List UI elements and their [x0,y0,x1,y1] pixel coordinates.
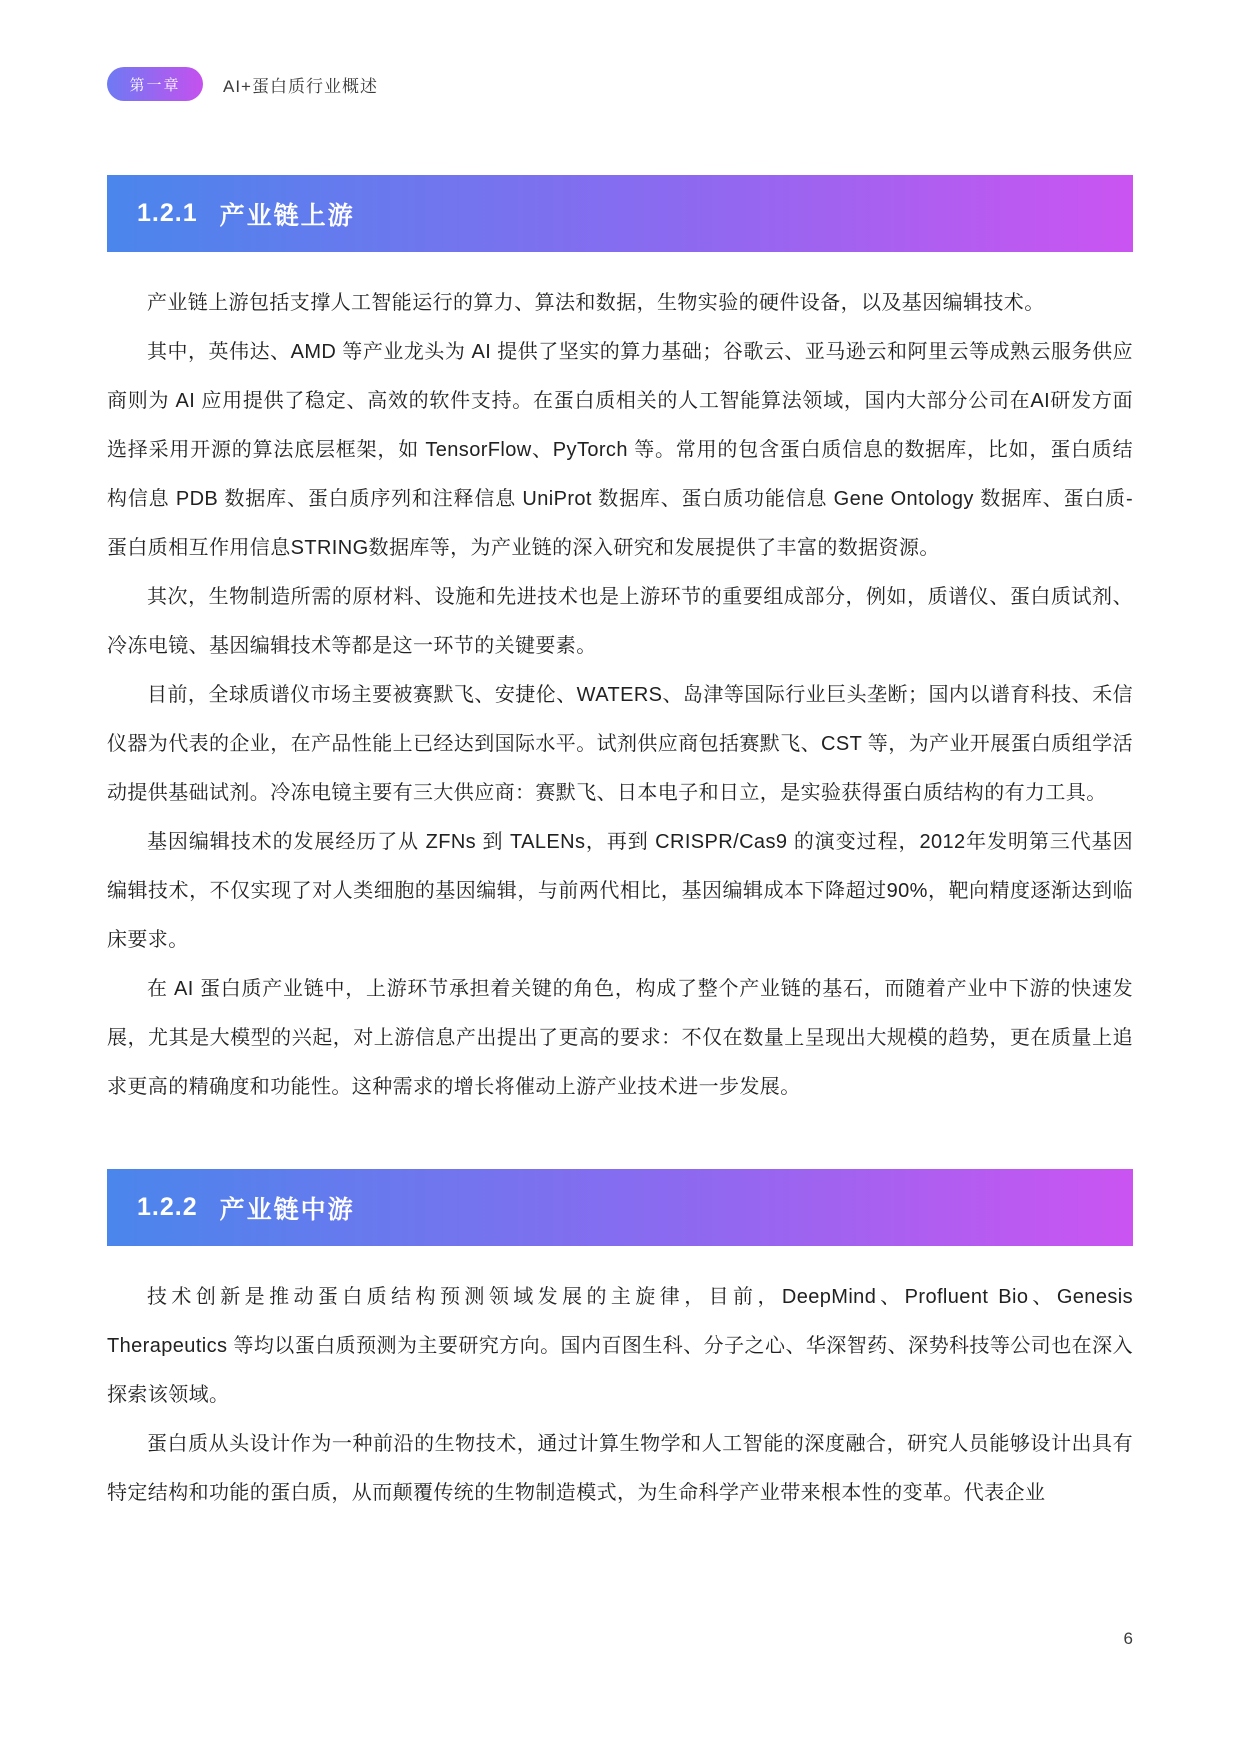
section-title: 产业链中游 [220,1190,355,1226]
paragraph: 在 AI 蛋白质产业链中，上游环节承担着关键的角色，构成了整个产业链的基石，而随… [107,965,1133,1112]
chapter-header: 第一章 AI+蛋白质行业概述 [107,67,1133,101]
chapter-title: AI+蛋白质行业概述 [223,72,378,97]
document-page: 第一章 AI+蛋白质行业概述 1.2.1 产业链上游 产业链上游包括支撑人工智能… [0,0,1240,1754]
page-number: 6 [1124,1629,1133,1649]
section-title: 产业链上游 [220,196,355,232]
paragraph: 蛋白质从头设计作为一种前沿的生物技术，通过计算生物学和人工智能的深度融合，研究人… [107,1420,1133,1518]
section-number: 1.2.1 [137,199,198,228]
page-content: 第一章 AI+蛋白质行业概述 1.2.1 产业链上游 产业链上游包括支撑人工智能… [107,0,1133,1518]
section-body-1-2-1: 产业链上游包括支撑人工智能运行的算力、算法和数据，生物实验的硬件设备，以及基因编… [107,279,1133,1112]
section-number: 1.2.2 [137,1193,198,1222]
paragraph: 产业链上游包括支撑人工智能运行的算力、算法和数据，生物实验的硬件设备，以及基因编… [107,279,1133,328]
paragraph: 基因编辑技术的发展经历了从 ZFNs 到 TALENs，再到 CRISPR/Ca… [107,818,1133,965]
paragraph: 其次，生物制造所需的原材料、设施和先进技术也是上游环节的重要组成部分，例如，质谱… [107,573,1133,671]
paragraph: 目前，全球质谱仪市场主要被赛默飞、安捷伦、WATERS、岛津等国际行业巨头垄断；… [107,671,1133,818]
section-body-1-2-2: 技术创新是推动蛋白质结构预测领域发展的主旋律，目前，DeepMind、Profl… [107,1273,1133,1518]
section-heading-1-2-2: 1.2.2 产业链中游 [107,1169,1133,1246]
paragraph: 其中，英伟达、AMD 等产业龙头为 AI 提供了坚实的算力基础；谷歌云、亚马逊云… [107,328,1133,573]
section-heading-1-2-1: 1.2.1 产业链上游 [107,175,1133,252]
chapter-badge: 第一章 [107,67,203,101]
paragraph: 技术创新是推动蛋白质结构预测领域发展的主旋律，目前，DeepMind、Profl… [107,1273,1133,1420]
